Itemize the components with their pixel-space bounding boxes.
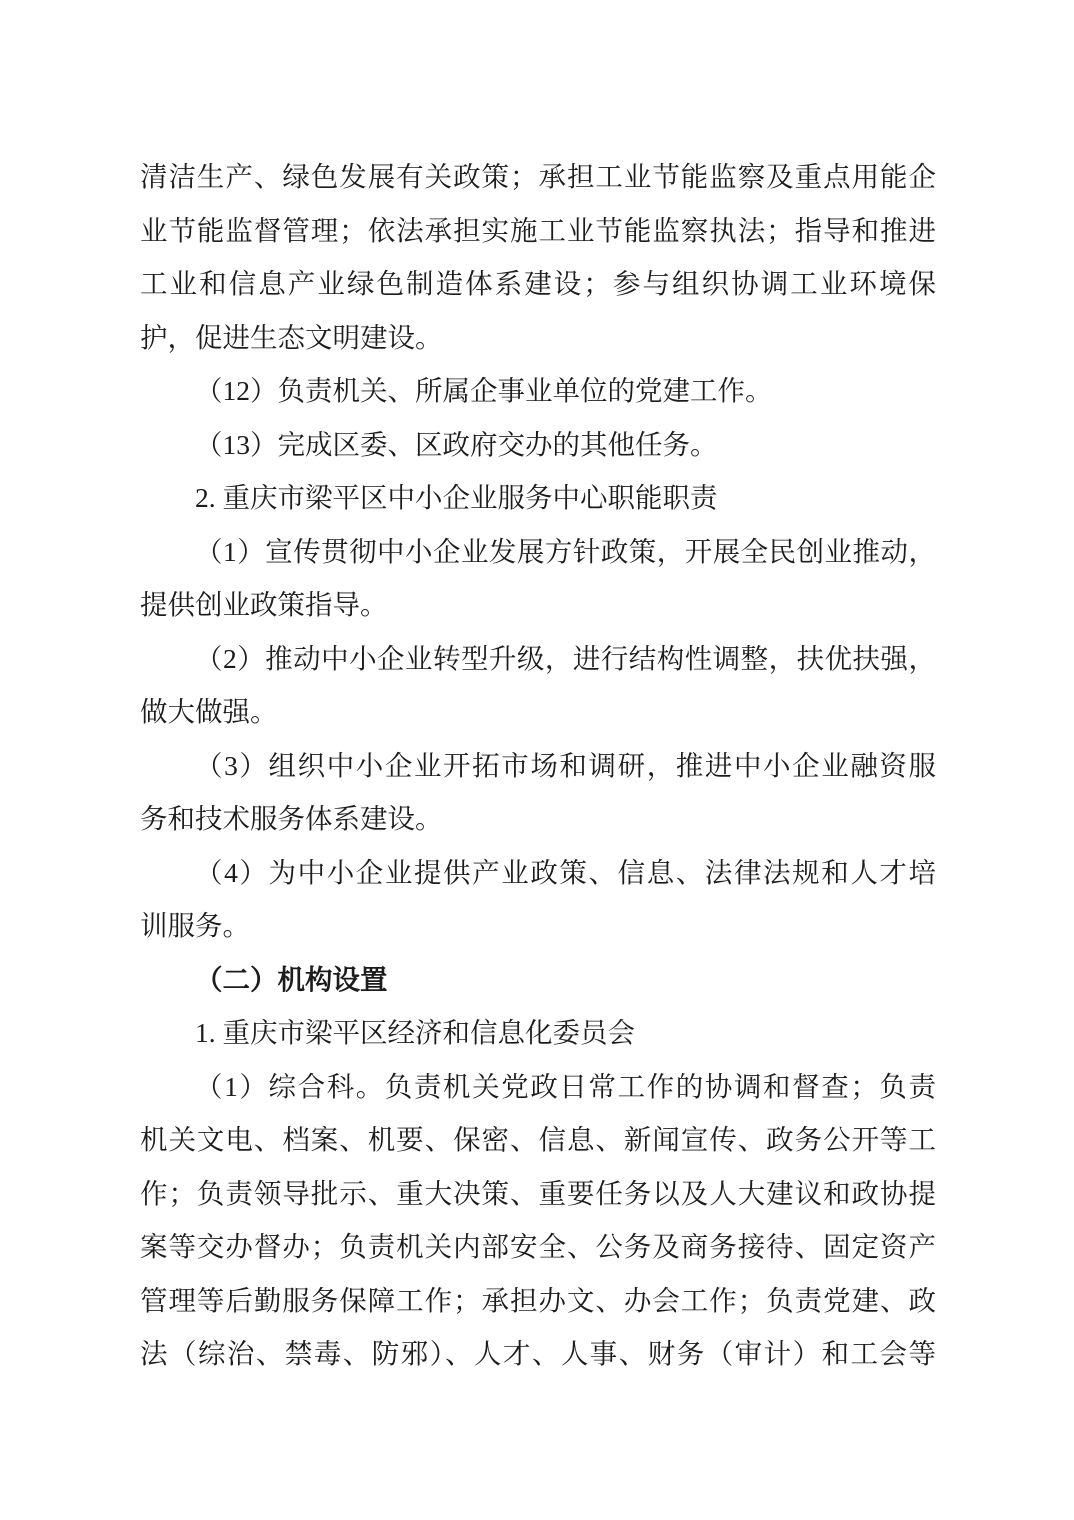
text-line: 案等交办督办；负责机关内部安全、公务及商务接待、固定资产 [140,1220,936,1274]
para-duty-2: （2）推动中小企业转型升级，进行结构性调整，扶优扶强，做大做强。 [140,632,936,739]
text-line: （12）负责机关、所属企事业单位的党建工作。 [140,364,936,418]
text-line: 训服务。 [140,899,936,953]
document-body: 清洁生产、绿色发展有关政策；承担工业节能监察及重点用能企业节能监督管理；依法承担… [140,150,936,1381]
text-line: （二）机构设置 [140,953,936,1007]
text-line: 工业和信息产业绿色制造体系建设；参与组织协调工业环境保 [140,257,936,311]
para-item-12: （12）负责机关、所属企事业单位的党建工作。 [140,364,936,418]
text-line: 法（综治、禁毒、防邪）、人才、人事、财务（审计）和工会等 [140,1327,936,1381]
text-line: 机关文电、档案、机要、保密、信息、新闻宣传、政务公开等工 [140,1113,936,1167]
text-line: 清洁生产、绿色发展有关政策；承担工业节能监察及重点用能企 [140,150,936,204]
para-heading-economy-info-committee: 1. 重庆市梁平区经济和信息化委员会 [140,1006,936,1060]
text-line: 做大做强。 [140,685,936,739]
text-line: （4）为中小企业提供产业政策、信息、法律法规和人才培 [140,846,936,900]
text-line: 业节能监督管理；依法承担实施工业节能监察执法；指导和推进 [140,204,936,258]
text-line: （1）宣传贯彻中小企业发展方针政策，开展全民创业推动， [140,525,936,579]
document-page: 清洁生产、绿色发展有关政策；承担工业节能监察及重点用能企业节能监督管理；依法承担… [0,0,1074,1520]
text-line: 务和技术服务体系建设。 [140,792,936,846]
para-heading-service-center-duties: 2. 重庆市梁平区中小企业服务中心职能职责 [140,471,936,525]
para-duty-4: （4）为中小企业提供产业政策、信息、法律法规和人才培训服务。 [140,846,936,953]
text-line: 作；负责领导批示、重大决策、重要任务以及人大建议和政协提 [140,1167,936,1221]
text-line: 1. 重庆市梁平区经济和信息化委员会 [140,1006,936,1060]
text-line: （1）综合科。负责机关党政日常工作的协调和督查；负责 [140,1060,936,1114]
para-heading-section-2-organization: （二）机构设置 [140,953,936,1007]
text-line: 管理等后勤服务保障工作；承担办文、办会工作；负责党建、政 [140,1274,936,1328]
text-line: （13）完成区委、区政府交办的其他任务。 [140,418,936,472]
para-duty-1: （1）宣传贯彻中小企业发展方针政策，开展全民创业推动，提供创业政策指导。 [140,525,936,632]
para-item-13: （13）完成区委、区政府交办的其他任务。 [140,418,936,472]
para-office-general: （1）综合科。负责机关党政日常工作的协调和督查；负责机关文电、档案、机要、保密、… [140,1060,936,1381]
text-line: 提供创业政策指导。 [140,578,936,632]
para-continuation-energy-policy: 清洁生产、绿色发展有关政策；承担工业节能监察及重点用能企业节能监督管理；依法承担… [140,150,936,364]
text-line: 2. 重庆市梁平区中小企业服务中心职能职责 [140,471,936,525]
text-line: （2）推动中小企业转型升级，进行结构性调整，扶优扶强， [140,632,936,686]
text-line: 护，促进生态文明建设。 [140,311,936,365]
text-line: （3）组织中小企业开拓市场和调研，推进中小企业融资服 [140,739,936,793]
para-duty-3: （3）组织中小企业开拓市场和调研，推进中小企业融资服务和技术服务体系建设。 [140,739,936,846]
